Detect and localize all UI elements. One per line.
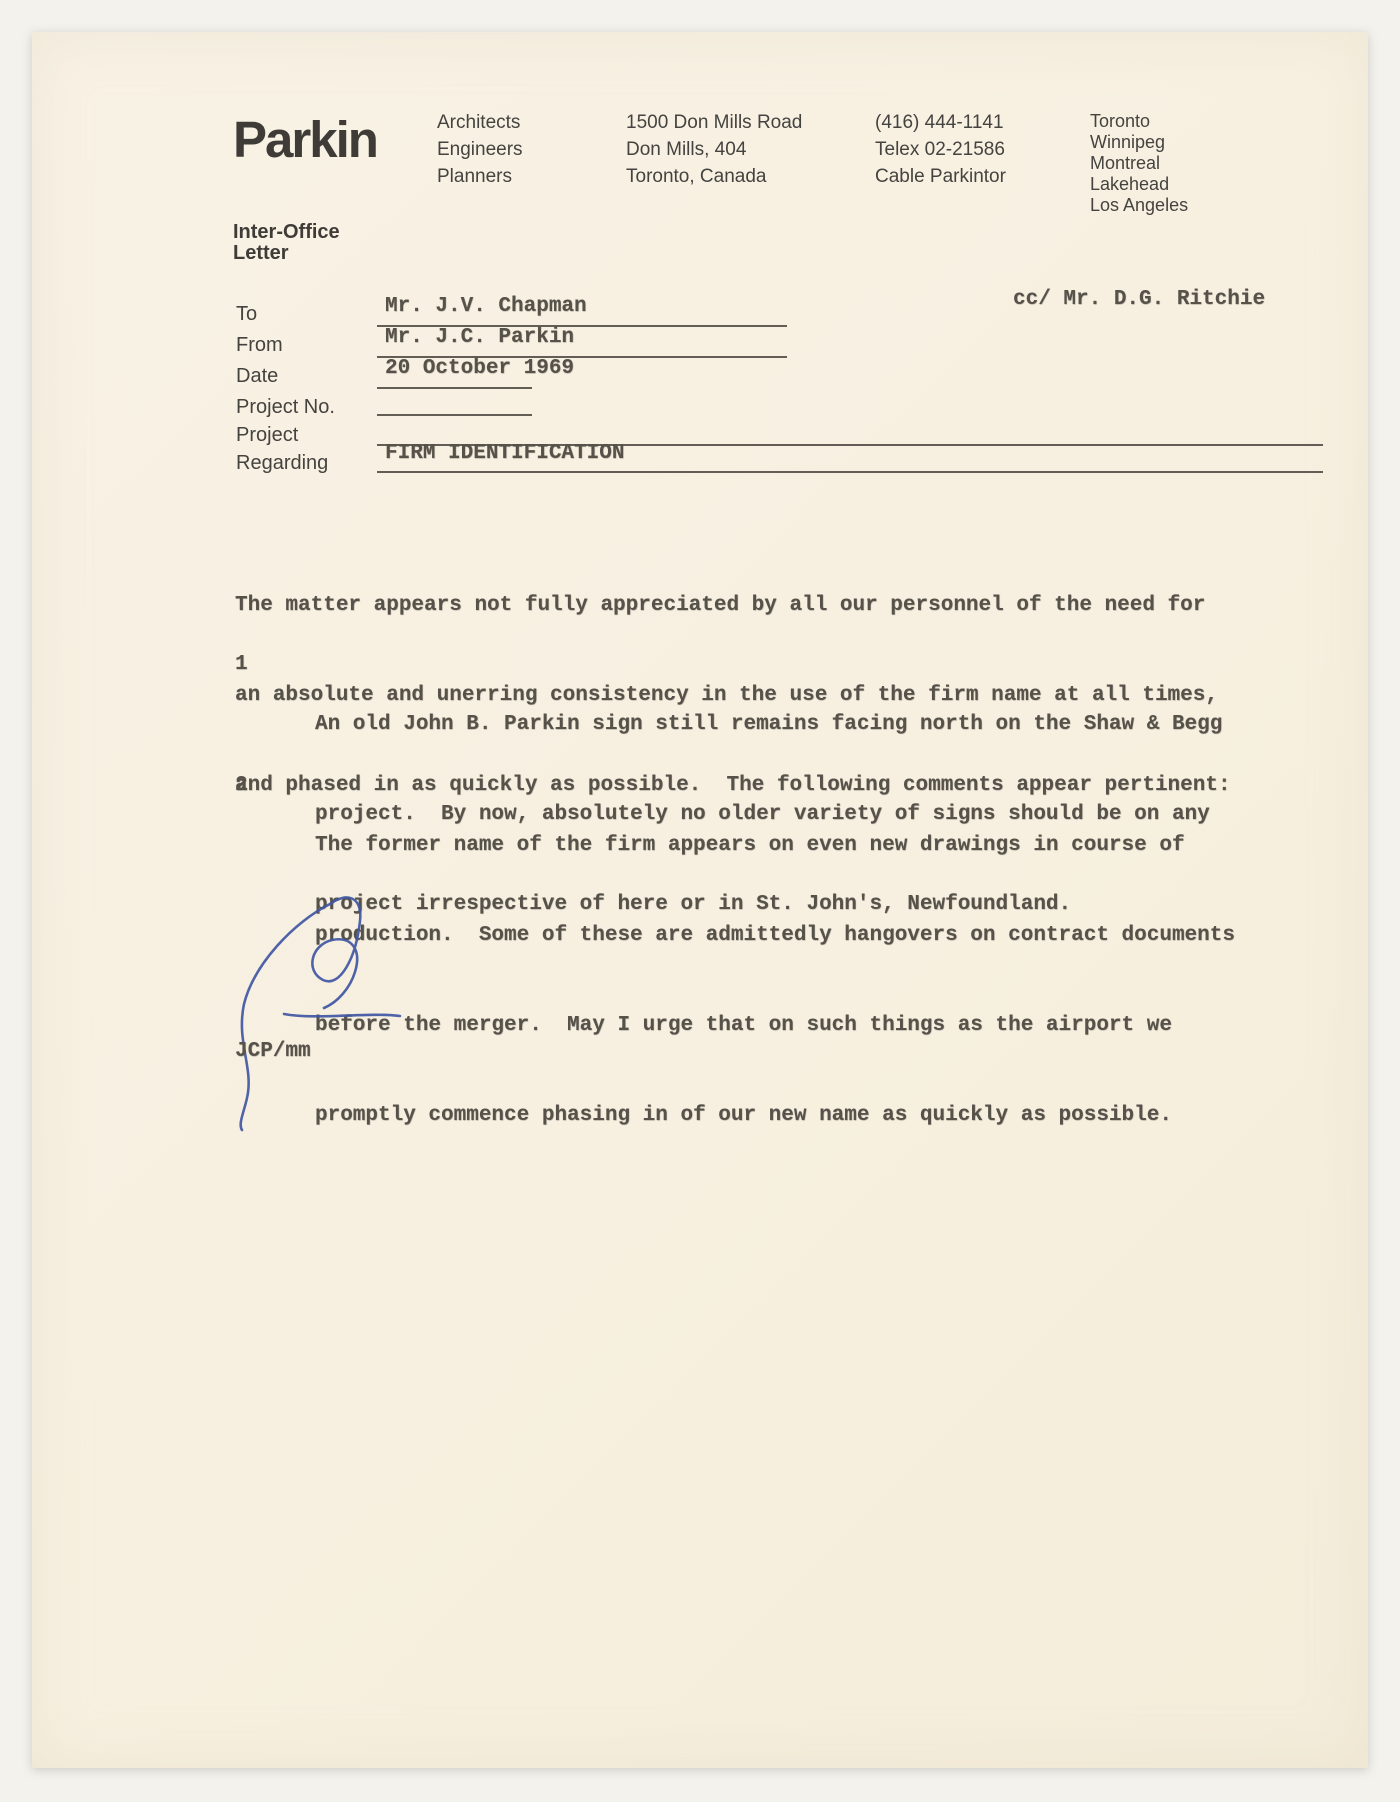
field-label-from: From (236, 334, 283, 357)
list-item-text: The former name of the firm appears on e… (315, 771, 1235, 1191)
office-city: Montreal (1090, 153, 1188, 174)
discipline-line: Planners (437, 163, 523, 190)
office-city: Los Angeles (1090, 195, 1188, 216)
discipline-line: Engineers (437, 136, 523, 163)
body-line: An old John B. Parkin sign still remains… (315, 710, 1222, 740)
office-city: Lakehead (1090, 174, 1188, 195)
address-block: 1500 Don Mills Road Don Mills, 404 Toron… (626, 109, 802, 190)
cable-line: Cable Parkintor (875, 163, 1006, 190)
field-value-date: 20 October 1969 (385, 357, 574, 380)
field-value-from: Mr. J.C. Parkin (385, 326, 574, 349)
signature-autograph (212, 890, 437, 1135)
office-city: Toronto (1090, 111, 1188, 132)
body-line: promptly commence phasing in of our new … (315, 1101, 1235, 1131)
field-rule-regarding (377, 471, 1323, 473)
typist-initials: JCP/mm (235, 1040, 311, 1063)
field-label-project-no: Project No. (236, 396, 335, 419)
contact-block: (416) 444-1141 Telex 02-21586 Cable Park… (875, 109, 1006, 190)
cc-note: cc/ Mr. D.G. Ritchie (1013, 288, 1265, 311)
list-item-number: 2 (235, 771, 248, 801)
field-label-to: To (236, 303, 257, 326)
field-rule-project-no (377, 414, 532, 416)
field-label-project: Project (236, 424, 298, 447)
address-line: Toronto, Canada (626, 163, 802, 190)
office-city: Winnipeg (1090, 132, 1188, 153)
discipline-line: Architects (437, 109, 523, 136)
telex-line: Telex 02-21586 (875, 136, 1006, 163)
address-line: 1500 Don Mills Road (626, 109, 802, 136)
body-line: production. Some of these are admittedly… (315, 921, 1235, 951)
offices-block: Toronto Winnipeg Montreal Lakehead Los A… (1090, 111, 1188, 216)
company-logo: Parkin (233, 114, 377, 165)
list-item-number: 1 (235, 650, 248, 680)
phone-line: (416) 444-1141 (875, 109, 1006, 136)
document-type-line: Letter (233, 243, 340, 264)
letter-page: Parkin Architects Engineers Planners 150… (32, 32, 1368, 1768)
field-value-to: Mr. J.V. Chapman (385, 295, 587, 318)
document-type-line: Inter-Office (233, 222, 340, 243)
body-line: The matter appears not fully appreciated… (235, 591, 1231, 621)
field-value-regarding: FIRM IDENTIFICATION (385, 442, 624, 465)
field-rule-date (377, 387, 532, 389)
field-label-regarding: Regarding (236, 452, 328, 475)
disciplines-block: Architects Engineers Planners (437, 109, 523, 190)
address-line: Don Mills, 404 (626, 136, 802, 163)
body-line: before the merger. May I urge that on su… (315, 1011, 1235, 1041)
body-line: The former name of the firm appears on e… (315, 831, 1235, 861)
field-label-date: Date (236, 365, 278, 388)
document-type-title: Inter-Office Letter (233, 222, 340, 264)
